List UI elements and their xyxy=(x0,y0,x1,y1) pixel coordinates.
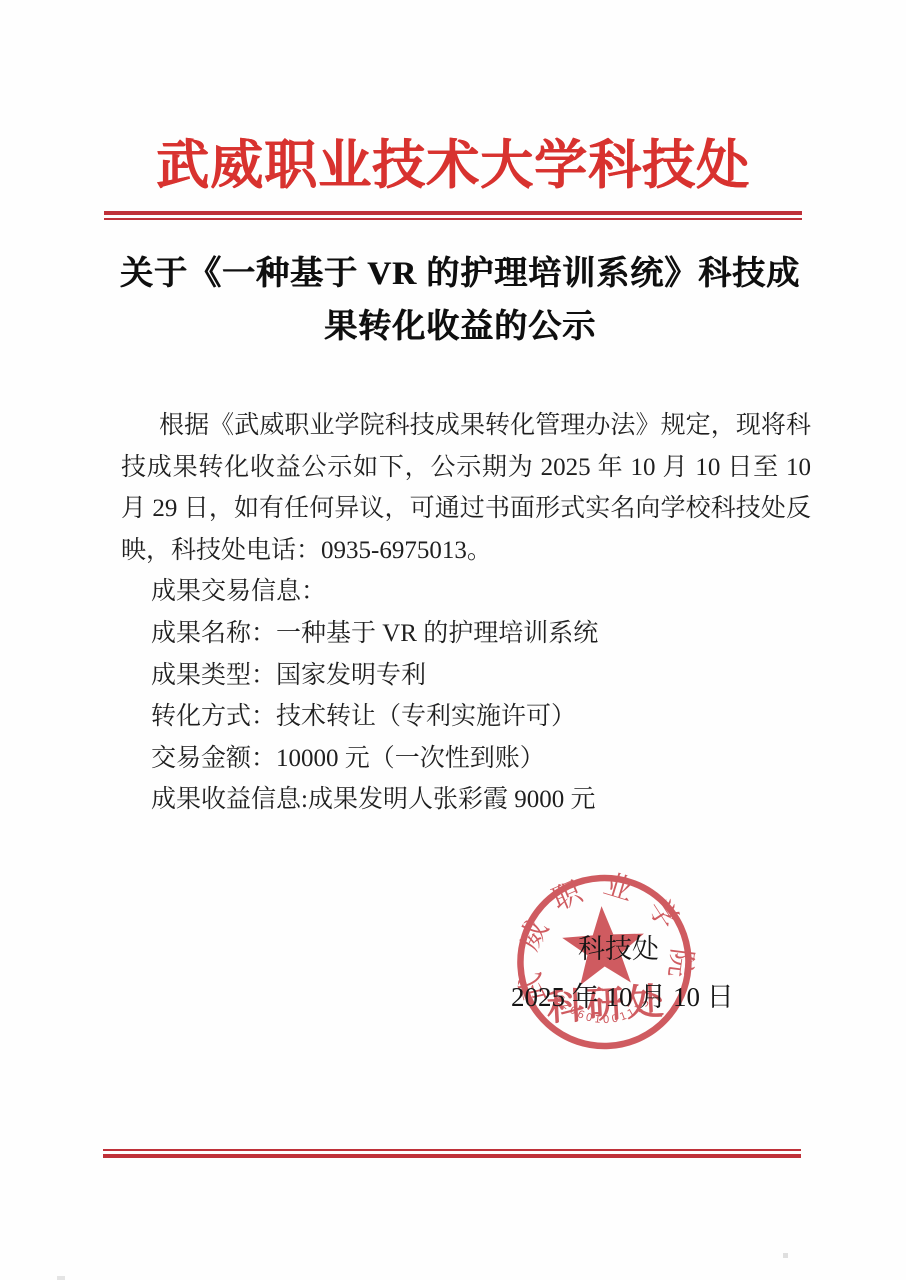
scanned-notice-page: 武威职业技术大学科技处 关于《一种基于 VR 的护理培训系统》科技成 果转化收益… xyxy=(0,0,906,1280)
notice-body: 根据《武威职业学院科技成果转化管理办法》规定，现将科 技成果转化收益公示如下，公… xyxy=(121,405,811,821)
letterhead-org-title: 武威职业技术大学科技处 xyxy=(100,133,806,199)
info-line-transaction-amount: 交易金额：10000 元（一次性到账） xyxy=(121,738,811,780)
letterhead-rule-thick xyxy=(104,211,802,215)
info-line-result-name: 成果名称：一种基于 VR 的护理培训系统 xyxy=(121,613,811,655)
paragraph-line: 映，科技处电话：0935-6975013。 xyxy=(121,530,811,572)
paragraph-line: 技成果转化收益公示如下，公示期为 2025 年 10 月 10 日至 10 xyxy=(121,447,811,489)
letterhead-rule-thin xyxy=(104,218,802,220)
info-line-conversion-method: 转化方式：技术转让（专利实施许可） xyxy=(121,696,811,738)
paragraph-line: 根据《武威职业学院科技成果转化管理办法》规定，现将科 xyxy=(121,405,811,447)
footer-rule-thick xyxy=(103,1154,801,1158)
info-line-transaction-header: 成果交易信息： xyxy=(121,571,811,613)
signature-date: 2025 年 10 月 10 日 xyxy=(511,980,734,1014)
signature-department: 科技处 xyxy=(578,932,659,966)
footer-rule-thin xyxy=(103,1149,801,1151)
document-title: 关于《一种基于 VR 的护理培训系统》科技成 果转化收益的公示 xyxy=(107,248,813,354)
paragraph-line: 月 29 日，如有任何异议，可通过书面形式实名向学校科技处反 xyxy=(121,488,811,530)
scan-speck xyxy=(57,1276,65,1280)
info-line-result-type: 成果类型：国家发明专利 xyxy=(121,655,811,697)
document-title-line2: 果转化收益的公示 xyxy=(107,301,813,354)
info-line-income-info: 成果收益信息:成果发明人张彩霞 9000 元 xyxy=(121,779,811,821)
scan-speck xyxy=(783,1253,788,1258)
document-title-line1: 关于《一种基于 VR 的护理培训系统》科技成 xyxy=(107,248,813,301)
